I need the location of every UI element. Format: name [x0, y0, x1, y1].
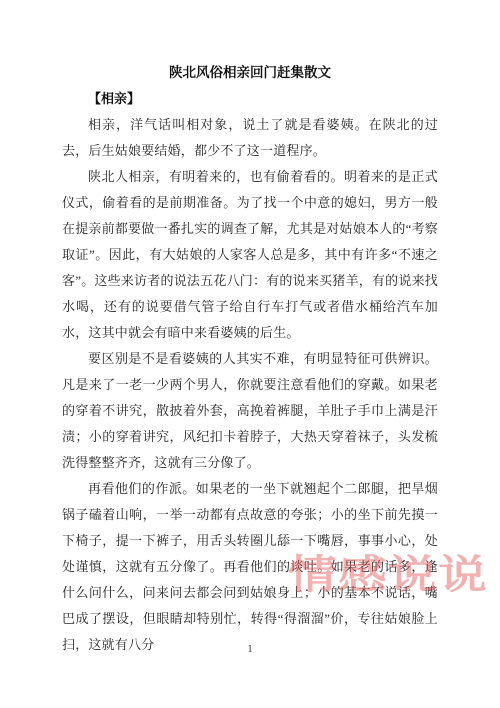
document-page: 陕北风俗相亲回门赶集散文 【相亲】 相亲，洋气话叫相对象，说土了就是看婆姨。在陕… [0, 0, 500, 708]
page-number: 1 [0, 641, 500, 657]
paragraph-2: 陕北人相亲，有明着来的，也有偷着看的。明着来的是正式仪式，偷着看的是前期准备。为… [62, 164, 438, 346]
section-heading: 【相亲】 [62, 86, 438, 112]
document-content: 陕北风俗相亲回门赶集散文 【相亲】 相亲，洋气话叫相对象，说土了就是看婆姨。在陕… [0, 0, 500, 658]
paragraph-4: 再看他们的作派。如果老的一坐下就翘起个二郎腿，把旱烟锅子磕着山响，一举一动都有点… [62, 476, 438, 658]
page-title: 陕北风俗相亲回门赶集散文 [62, 60, 438, 86]
paragraph-1: 相亲，洋气话叫相对象，说土了就是看婆姨。在陕北的过去，后生姑娘要结婚，都少不了这… [62, 112, 438, 164]
paragraph-3: 要区别是不是看婆姨的人其实不难，有明显特征可供辨识。凡是来了一老一少两个男人，你… [62, 346, 438, 476]
